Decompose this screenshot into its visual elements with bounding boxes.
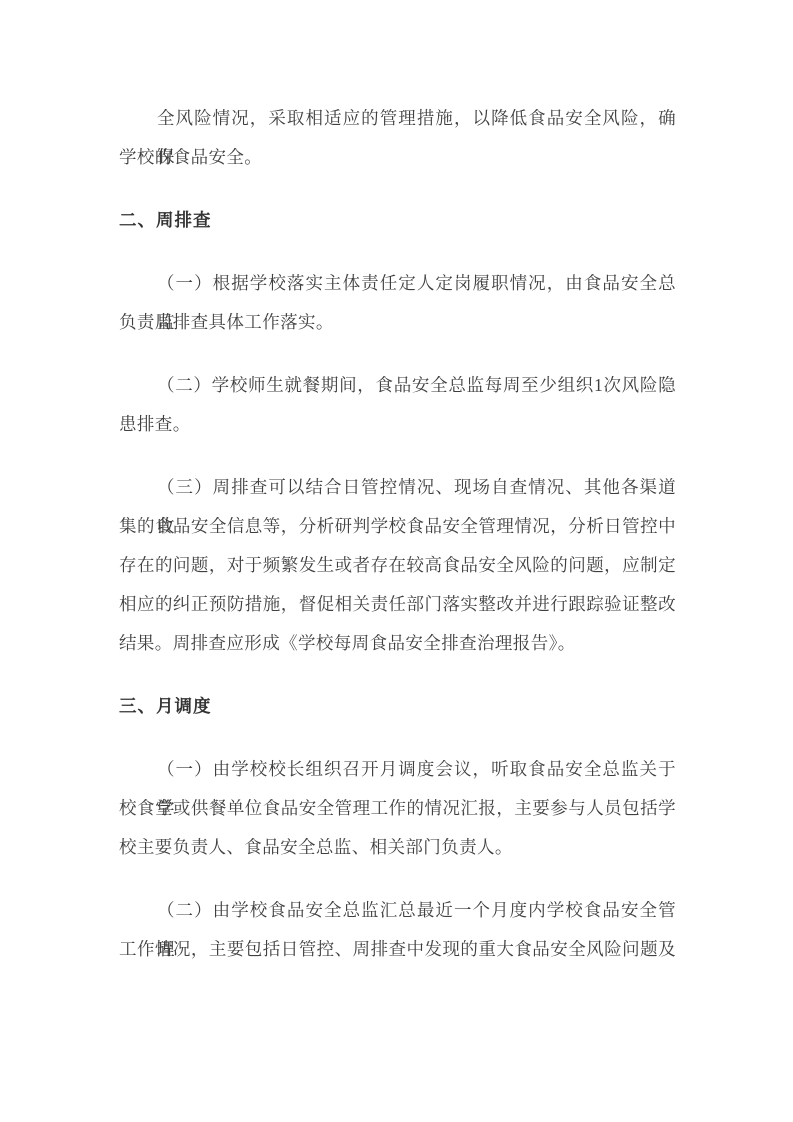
paragraph: （二）学校师生就餐期间，食品安全总监每周至少组织1次风险隐患排查。: [119, 366, 676, 444]
text-line: 结果。周排查应形成《学校每周食品安全排查治理报告》。: [119, 624, 676, 663]
text-line: （一）由学校校长组织召开月调度会议，听取食品安全总监关于学: [119, 750, 676, 789]
paragraph: （二）由学校食品安全总监汇总最近一个月度内学校食品安全管理工作情况，主要包括日管…: [119, 891, 676, 969]
text-line: （三）周排查可以结合日管控情况、现场自查情况、其他各渠道收: [119, 468, 676, 507]
paragraph: （一）根据学校落实主体责任定人定岗履职情况，由食品安全总监负责周排查具体工作落实…: [119, 264, 676, 342]
document-content: 全风险情况，采取相适应的管理措施，以降低食品安全风险，确保学校的食品安全。二、周…: [119, 99, 676, 969]
text-line: 工作情况，主要包括日管控、周排查中发现的重大食品安全风险问题及: [119, 930, 676, 969]
text-line: 患排查。: [119, 405, 676, 444]
text-line: 学校的食品安全。: [119, 138, 676, 177]
paragraph: 全风险情况，采取相适应的管理措施，以降低食品安全风险，确保学校的食品安全。: [119, 99, 676, 177]
text-line: 校主要负责人、食品安全总监、相关部门负责人。: [119, 828, 676, 867]
text-line: 相应的纠正预防措施，督促相关责任部门落实整改并进行跟踪验证整改: [119, 585, 676, 624]
text-line: （二）由学校食品安全总监汇总最近一个月度内学校食品安全管理: [119, 891, 676, 930]
text-line: 负责周排查具体工作落实。: [119, 303, 676, 342]
text-line: 集的食品安全信息等，分析研判学校食品安全管理情况，分析日管控中: [119, 507, 676, 546]
paragraph: （一）由学校校长组织召开月调度会议，听取食品安全总监关于学校食堂或供餐单位食品安…: [119, 750, 676, 867]
text-line: （二）学校师生就餐期间，食品安全总监每周至少组织1次风险隐: [119, 366, 676, 405]
section-heading: 三、月调度: [119, 687, 676, 726]
paragraph: （三）周排查可以结合日管控情况、现场自查情况、其他各渠道收集的食品安全信息等，分…: [119, 468, 676, 663]
text-line: 三、月调度: [119, 687, 676, 726]
text-line: 存在的问题，对于频繁发生或者存在较高食品安全风险的问题，应制定: [119, 546, 676, 585]
text-line: 二、周排查: [119, 201, 676, 240]
text-line: 全风险情况，采取相适应的管理措施，以降低食品安全风险，确保: [119, 99, 676, 138]
section-heading: 二、周排查: [119, 201, 676, 240]
text-line: （一）根据学校落实主体责任定人定岗履职情况，由食品安全总监: [119, 264, 676, 303]
document-page: 全风险情况，采取相适应的管理措施，以降低食品安全风险，确保学校的食品安全。二、周…: [0, 0, 793, 1122]
text-line: 校食堂或供餐单位食品安全管理工作的情况汇报，主要参与人员包括学: [119, 789, 676, 828]
